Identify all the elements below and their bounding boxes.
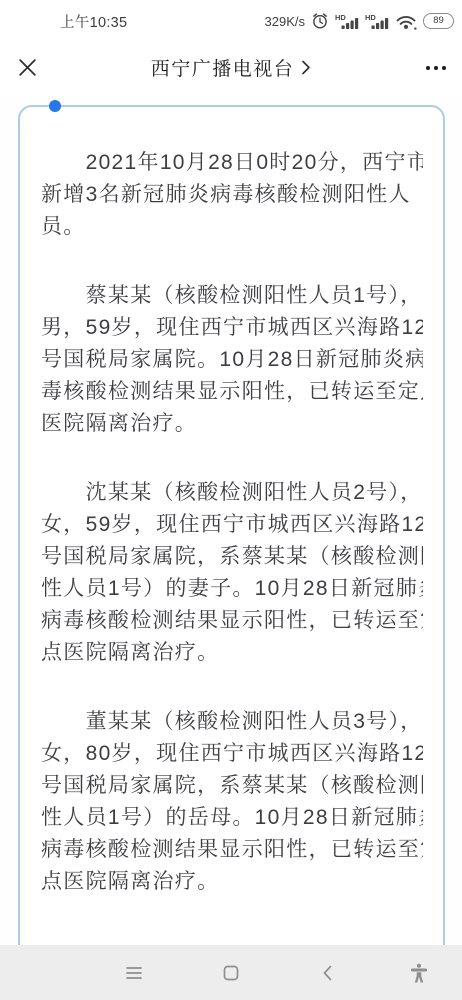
network-speed: 329K/s xyxy=(265,14,305,29)
article-paragraph: 2021年10月28日0时20分，西宁市新增3名新冠肺炎病毒核酸检测阳性人员。 xyxy=(41,147,423,243)
battery-percent: 89 xyxy=(433,16,444,26)
more-icon[interactable] xyxy=(424,60,448,76)
status-bar: 上午10:35 329K/s HD xyxy=(0,0,462,40)
article-text-line: 性人员1号）的妻子。10月28日新冠肺炎 xyxy=(41,573,423,605)
article-text-line: 医院隔离治疗。 xyxy=(41,408,423,440)
article-text-line: 点医院隔离治疗。 xyxy=(41,866,423,898)
article-text-line: 点医院隔离治疗。 xyxy=(41,637,423,669)
svg-text:HD: HD xyxy=(335,13,346,22)
selection-handle-icon[interactable] xyxy=(49,100,61,112)
article-text-line: 新增3名新冠肺炎病毒核酸检测阳性人 xyxy=(41,179,423,211)
article-text-line: 号国税局家属院，系蔡某某（核酸检测阳 xyxy=(41,541,423,573)
article-text-line: 沈某某（核酸检测阳性人员2号）， xyxy=(41,477,423,509)
text-selection-box: 2021年10月28日0时20分，西宁市新增3名新冠肺炎病毒核酸检测阳性人员。 … xyxy=(18,105,445,945)
article-text-line: 男，59岁，现住西宁市城西区兴海路12 xyxy=(41,312,423,344)
article-text-line: 性人员1号）的岳母。10月28日新冠肺炎 xyxy=(41,802,423,834)
back-icon[interactable] xyxy=(317,962,339,984)
home-icon[interactable] xyxy=(220,962,242,984)
article-text-line: 病毒核酸检测结果显示阳性，已转运至定 xyxy=(41,605,423,637)
android-nav-bar xyxy=(0,945,462,1000)
svg-text:HD: HD xyxy=(365,13,376,22)
article-text-line: 女，80岁，现住西宁市城西区兴海路12 xyxy=(41,738,423,770)
article-paragraph: 蔡某某（核酸检测阳性人员1号），男，59岁，现住西宁市城西区兴海路12号国税局家… xyxy=(41,280,423,440)
battery-icon: 89 xyxy=(423,13,454,29)
status-time: 上午10:35 xyxy=(60,11,127,32)
menu-icon[interactable] xyxy=(123,962,145,984)
article-paragraph: 沈某某（核酸检测阳性人员2号），女，59岁，现住西宁市城西区兴海路12号国税局家… xyxy=(41,477,423,669)
article-text-line: 蔡某某（核酸检测阳性人员1号）， xyxy=(41,280,423,312)
status-icons: 329K/s HD HD xyxy=(265,12,454,30)
article-text-line: 号国税局家属院，系蔡某某（核酸检测阳 xyxy=(41,770,423,802)
account-name: 西宁广播电视台 xyxy=(151,54,295,81)
sim1-hd-signal-icon: HD xyxy=(335,13,359,30)
article-text-line: 员。 xyxy=(41,211,423,243)
article-text-line: 董某某（核酸检测阳性人员3号）， xyxy=(41,706,423,738)
article-text-line: 女，59岁，现住西宁市城西区兴海路12 xyxy=(41,509,423,541)
article-text-line: 号国税局家属院。10月28日新冠肺炎病 xyxy=(41,344,423,376)
article-content: 2021年10月28日0时20分，西宁市新增3名新冠肺炎病毒核酸检测阳性人员。 … xyxy=(0,95,462,945)
alarm-icon xyxy=(311,12,329,30)
article-text-line: 2021年10月28日0时20分，西宁市 xyxy=(41,147,423,179)
sim2-hd-signal-icon: HD xyxy=(365,13,389,30)
accessibility-icon[interactable] xyxy=(408,962,430,984)
close-icon[interactable] xyxy=(14,55,40,81)
article-body: 2021年10月28日0时20分，西宁市新增3名新冠肺炎病毒核酸检测阳性人员。 … xyxy=(41,147,423,898)
article-text-line: 病毒核酸检测结果显示阳性，已转运至定 xyxy=(41,834,423,866)
phone-screen: 上午10:35 329K/s HD xyxy=(0,0,462,1000)
wifi-icon xyxy=(395,13,417,30)
account-title[interactable]: 西宁广播电视台 xyxy=(151,55,312,81)
nav-bar: 西宁广播电视台 xyxy=(0,40,462,95)
article-paragraph: 董某某（核酸检测阳性人员3号），女，80岁，现住西宁市城西区兴海路12号国税局家… xyxy=(41,706,423,898)
chevron-right-icon xyxy=(301,59,311,76)
article-text-line: 毒核酸检测结果显示阳性，已转运至定点 xyxy=(41,376,423,408)
